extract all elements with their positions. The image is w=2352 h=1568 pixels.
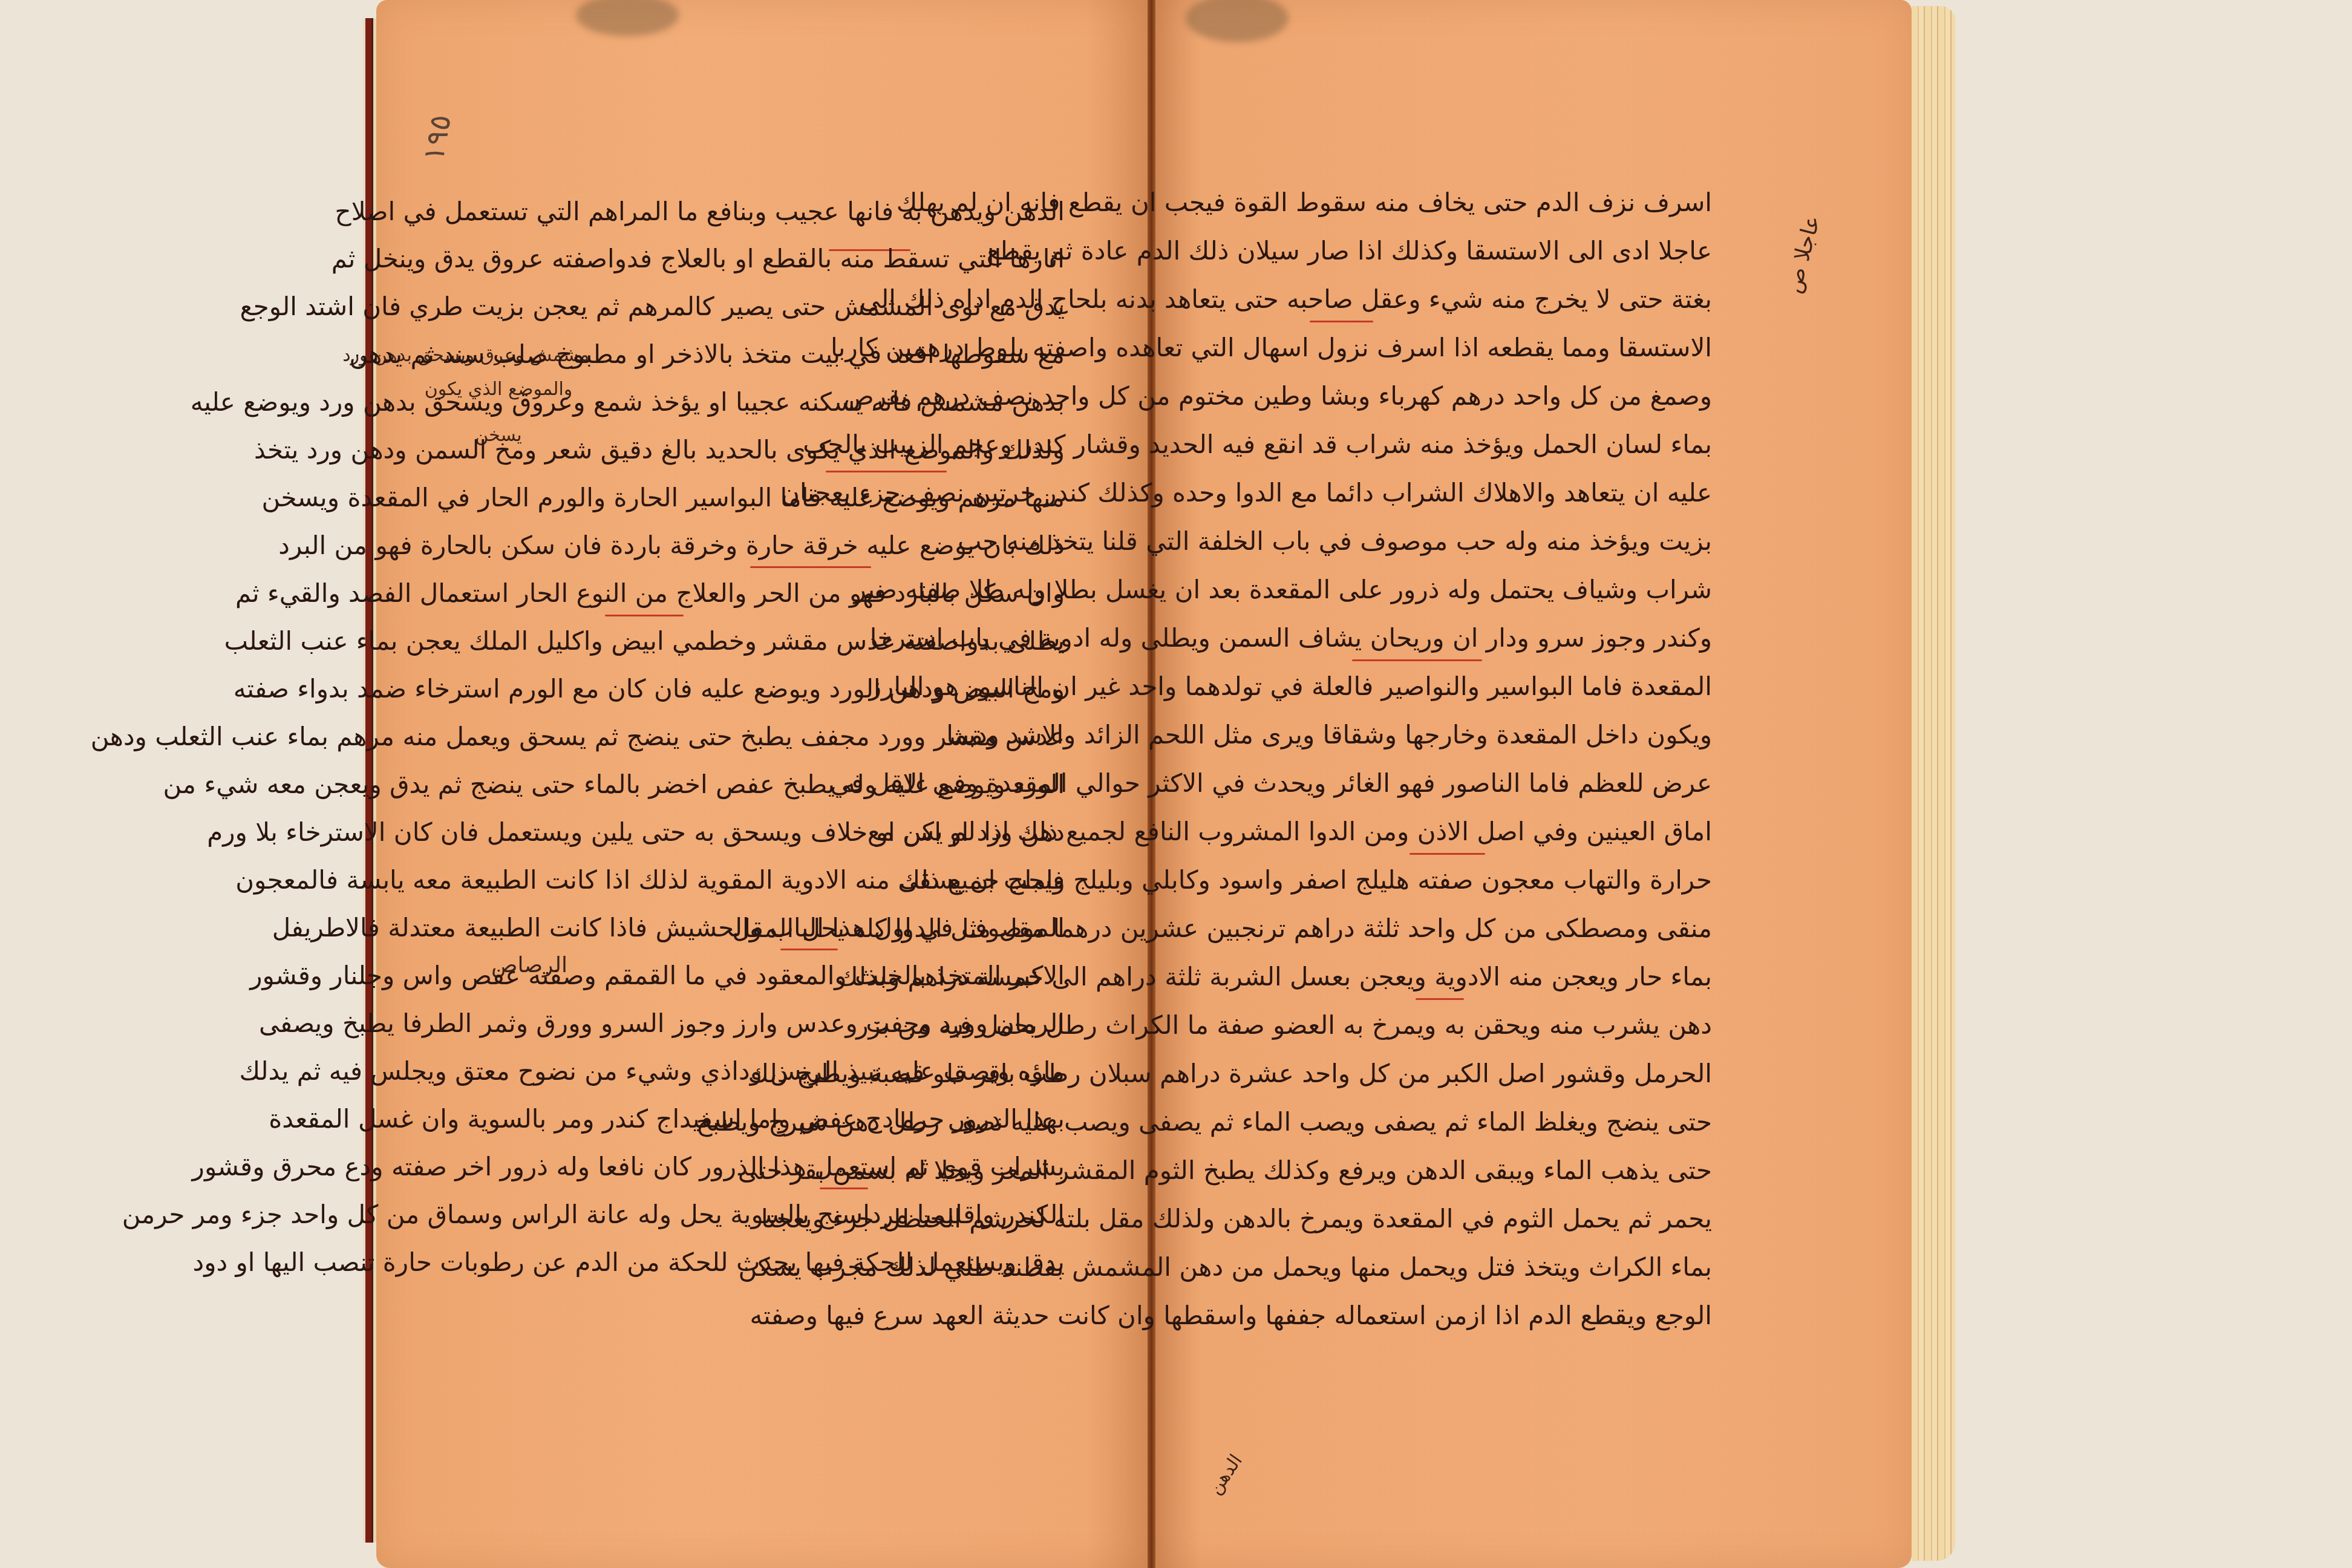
text-line: منقى ومصطكى من كل واحد ثلثة دراهم ترنجبي… — [1210, 910, 1712, 947]
text-line: بماء حار ويعجن منه الادوية ويعجن بعسل ال… — [1210, 959, 1712, 995]
text-line: بماء الكراث ويتخذ فتل ويحمل منها ويحمل م… — [1210, 1249, 1712, 1285]
margin-note: عاجلا ص — [1781, 213, 1826, 296]
text-line: اماق العينين وفي اصل الاذن ومن الدوا الم… — [1210, 814, 1712, 850]
right-page: عاجلا ص الدهن اسرف نزف الدم حتى يخاف منه… — [1155, 0, 1912, 1568]
folio-number: ١٩٥ — [416, 112, 458, 164]
rubric-mark — [605, 615, 684, 616]
manuscript-book: ١٩٥ مشمش وعرق ويسحق بدهن ورد والموضع الذ… — [363, 0, 1960, 1568]
text-line: المقعدة فاما البواسير والنواصير فالعلة ف… — [1210, 668, 1712, 705]
rubric-mark — [780, 949, 838, 950]
text-line: الحرمل وقشور اصل الكبر من كل واحد عشرة د… — [1210, 1056, 1712, 1092]
text-line: الوجع ويقطع الدم اذا ازمن استعماله جففها… — [1210, 1298, 1712, 1334]
right-text-block: اسرف نزف الدم حتى يخاف منه سقوط القوة في… — [1210, 185, 1712, 1370]
rubric-mark — [1352, 659, 1482, 661]
text-line: الاستسقا ومما يقطعه اذا اسرف نزول اسهال … — [1210, 330, 1712, 366]
water-stain — [1186, 0, 1289, 42]
text-line: ويكون داخل المقعدة وخارجها وشقاقا ويرى م… — [1210, 717, 1712, 753]
text-line: عليه ان يتعاهد والاهلاك الشراب دائما مع … — [1210, 475, 1712, 511]
rubric-mark — [1416, 998, 1464, 1000]
text-line: دهن يشرب منه ويحقن به ويمرخ به العضو صفة… — [1210, 1007, 1712, 1044]
rubric-mark — [1310, 321, 1373, 322]
text-line: حرارة والتهاب معجون صفته هليلج اصفر واسو… — [1210, 862, 1712, 898]
text-line: بغتة حتى لا يخرج منه شيء وعقل صاحبه حتى … — [1210, 281, 1712, 318]
text-line: وصمغ من كل واحد درهم كهرباء وبشا وطين مخ… — [1210, 378, 1712, 414]
text-line: حتى يذهب الماء ويبقى الدهن ويرفع وكذلك ي… — [1210, 1152, 1712, 1189]
rubric-mark — [1410, 853, 1485, 855]
text-line: عرض للعظم فاما الناصور فهو الغائر ويحدث … — [1210, 765, 1712, 802]
text-line: حتى ينضج ويغلظ الماء ثم يصفى ويصب الماء … — [1210, 1104, 1712, 1140]
water-stain — [576, 0, 679, 36]
text-line: يحمر ثم يحمل الثوم في المقعدة ويمرخ بالد… — [1210, 1201, 1712, 1237]
text-line: بماء لسان الحمل ويؤخذ منه شراب قد انقع ف… — [1210, 426, 1712, 463]
text-line: شراب وشياف يحتمل وله ذرور على المقعدة بع… — [1210, 572, 1712, 608]
catchword: الدهن — [1204, 1451, 1247, 1498]
rubric-mark — [826, 471, 947, 472]
text-line: اسرف نزف الدم حتى يخاف منه سقوط القوة في… — [1210, 185, 1712, 221]
rubric-mark — [750, 566, 871, 568]
text-line: بزيت ويؤخذ منه وله حب موصوف في باب الخلف… — [1210, 523, 1712, 560]
page-edges-stack — [1912, 6, 1955, 1561]
text-line: عاجلا ادى الى الاستسقا وكذلك اذا صار سيل… — [1210, 233, 1712, 269]
text-line: وكندر وجوز سرو ودار ان وريحان يشاف السمن… — [1210, 620, 1712, 656]
